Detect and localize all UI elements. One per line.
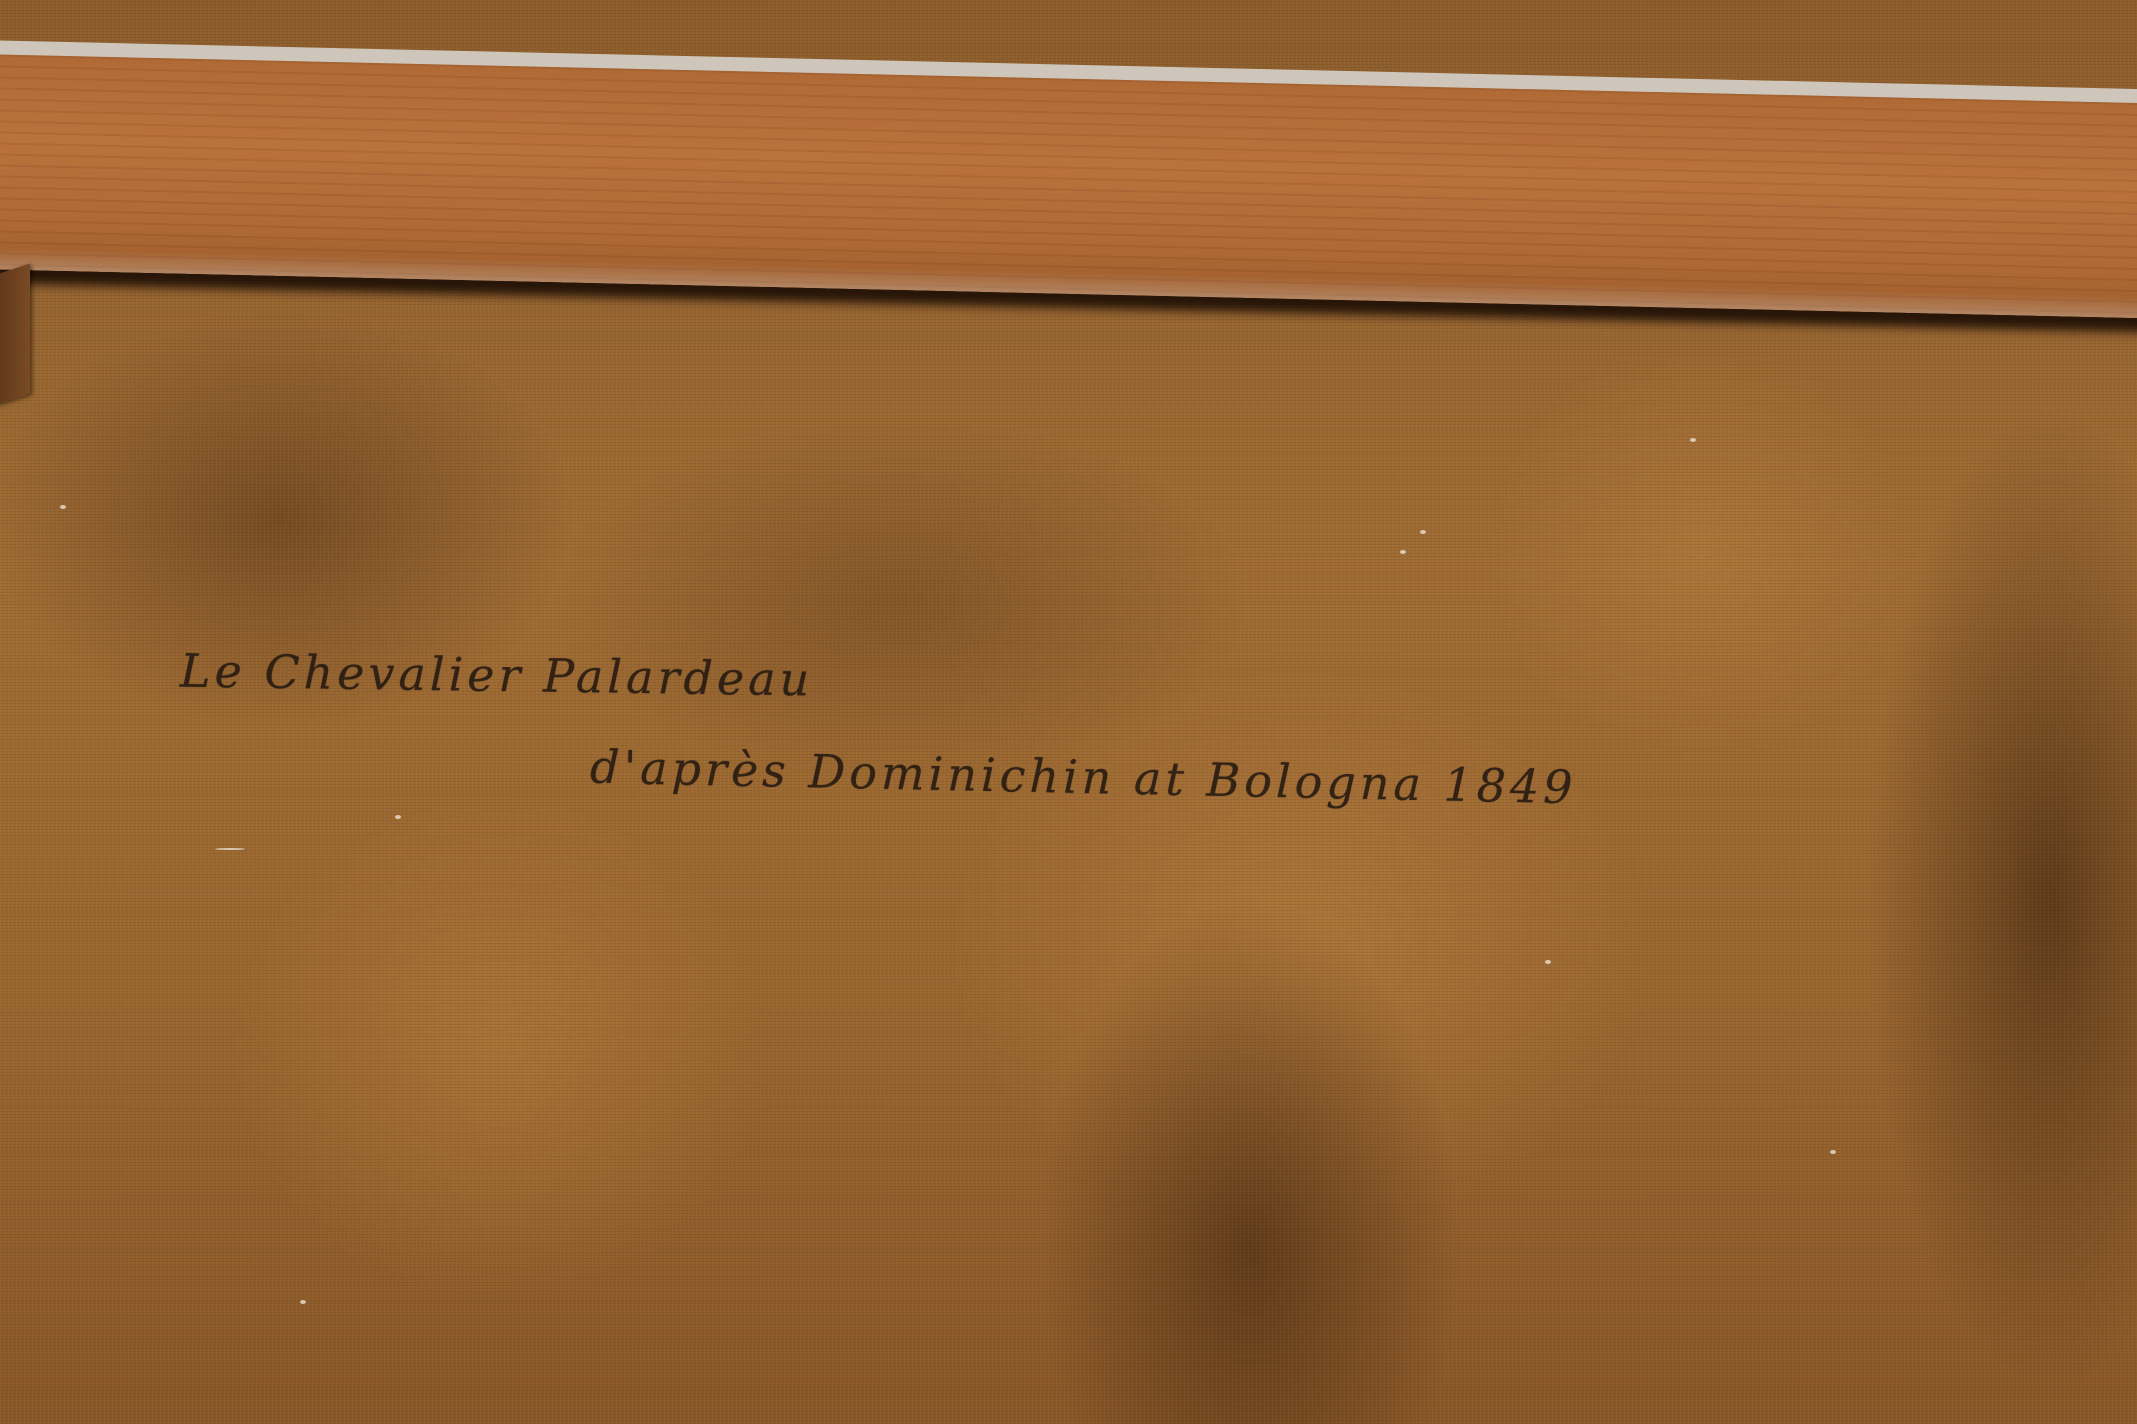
dust-speck (300, 1300, 306, 1304)
inscription-line-1: Le Chevalier Palardeau (180, 644, 814, 707)
dust-speck (1420, 530, 1426, 534)
dust-speck (60, 505, 66, 509)
stretcher-key-wedge (0, 264, 30, 407)
dust-speck (1545, 960, 1551, 964)
canvas-back-photo: Le Chevalier Palardeau d'après Dominichi… (0, 0, 2137, 1424)
fiber-speck (215, 848, 245, 850)
dust-speck (1690, 438, 1696, 442)
wooden-stretcher-bar (0, 40, 2137, 319)
dust-speck (1830, 1150, 1836, 1154)
dust-speck (395, 815, 401, 819)
inscription-line-2: d'après Dominichin at Bologna 1849 (590, 740, 1578, 815)
dust-speck (1400, 550, 1406, 554)
